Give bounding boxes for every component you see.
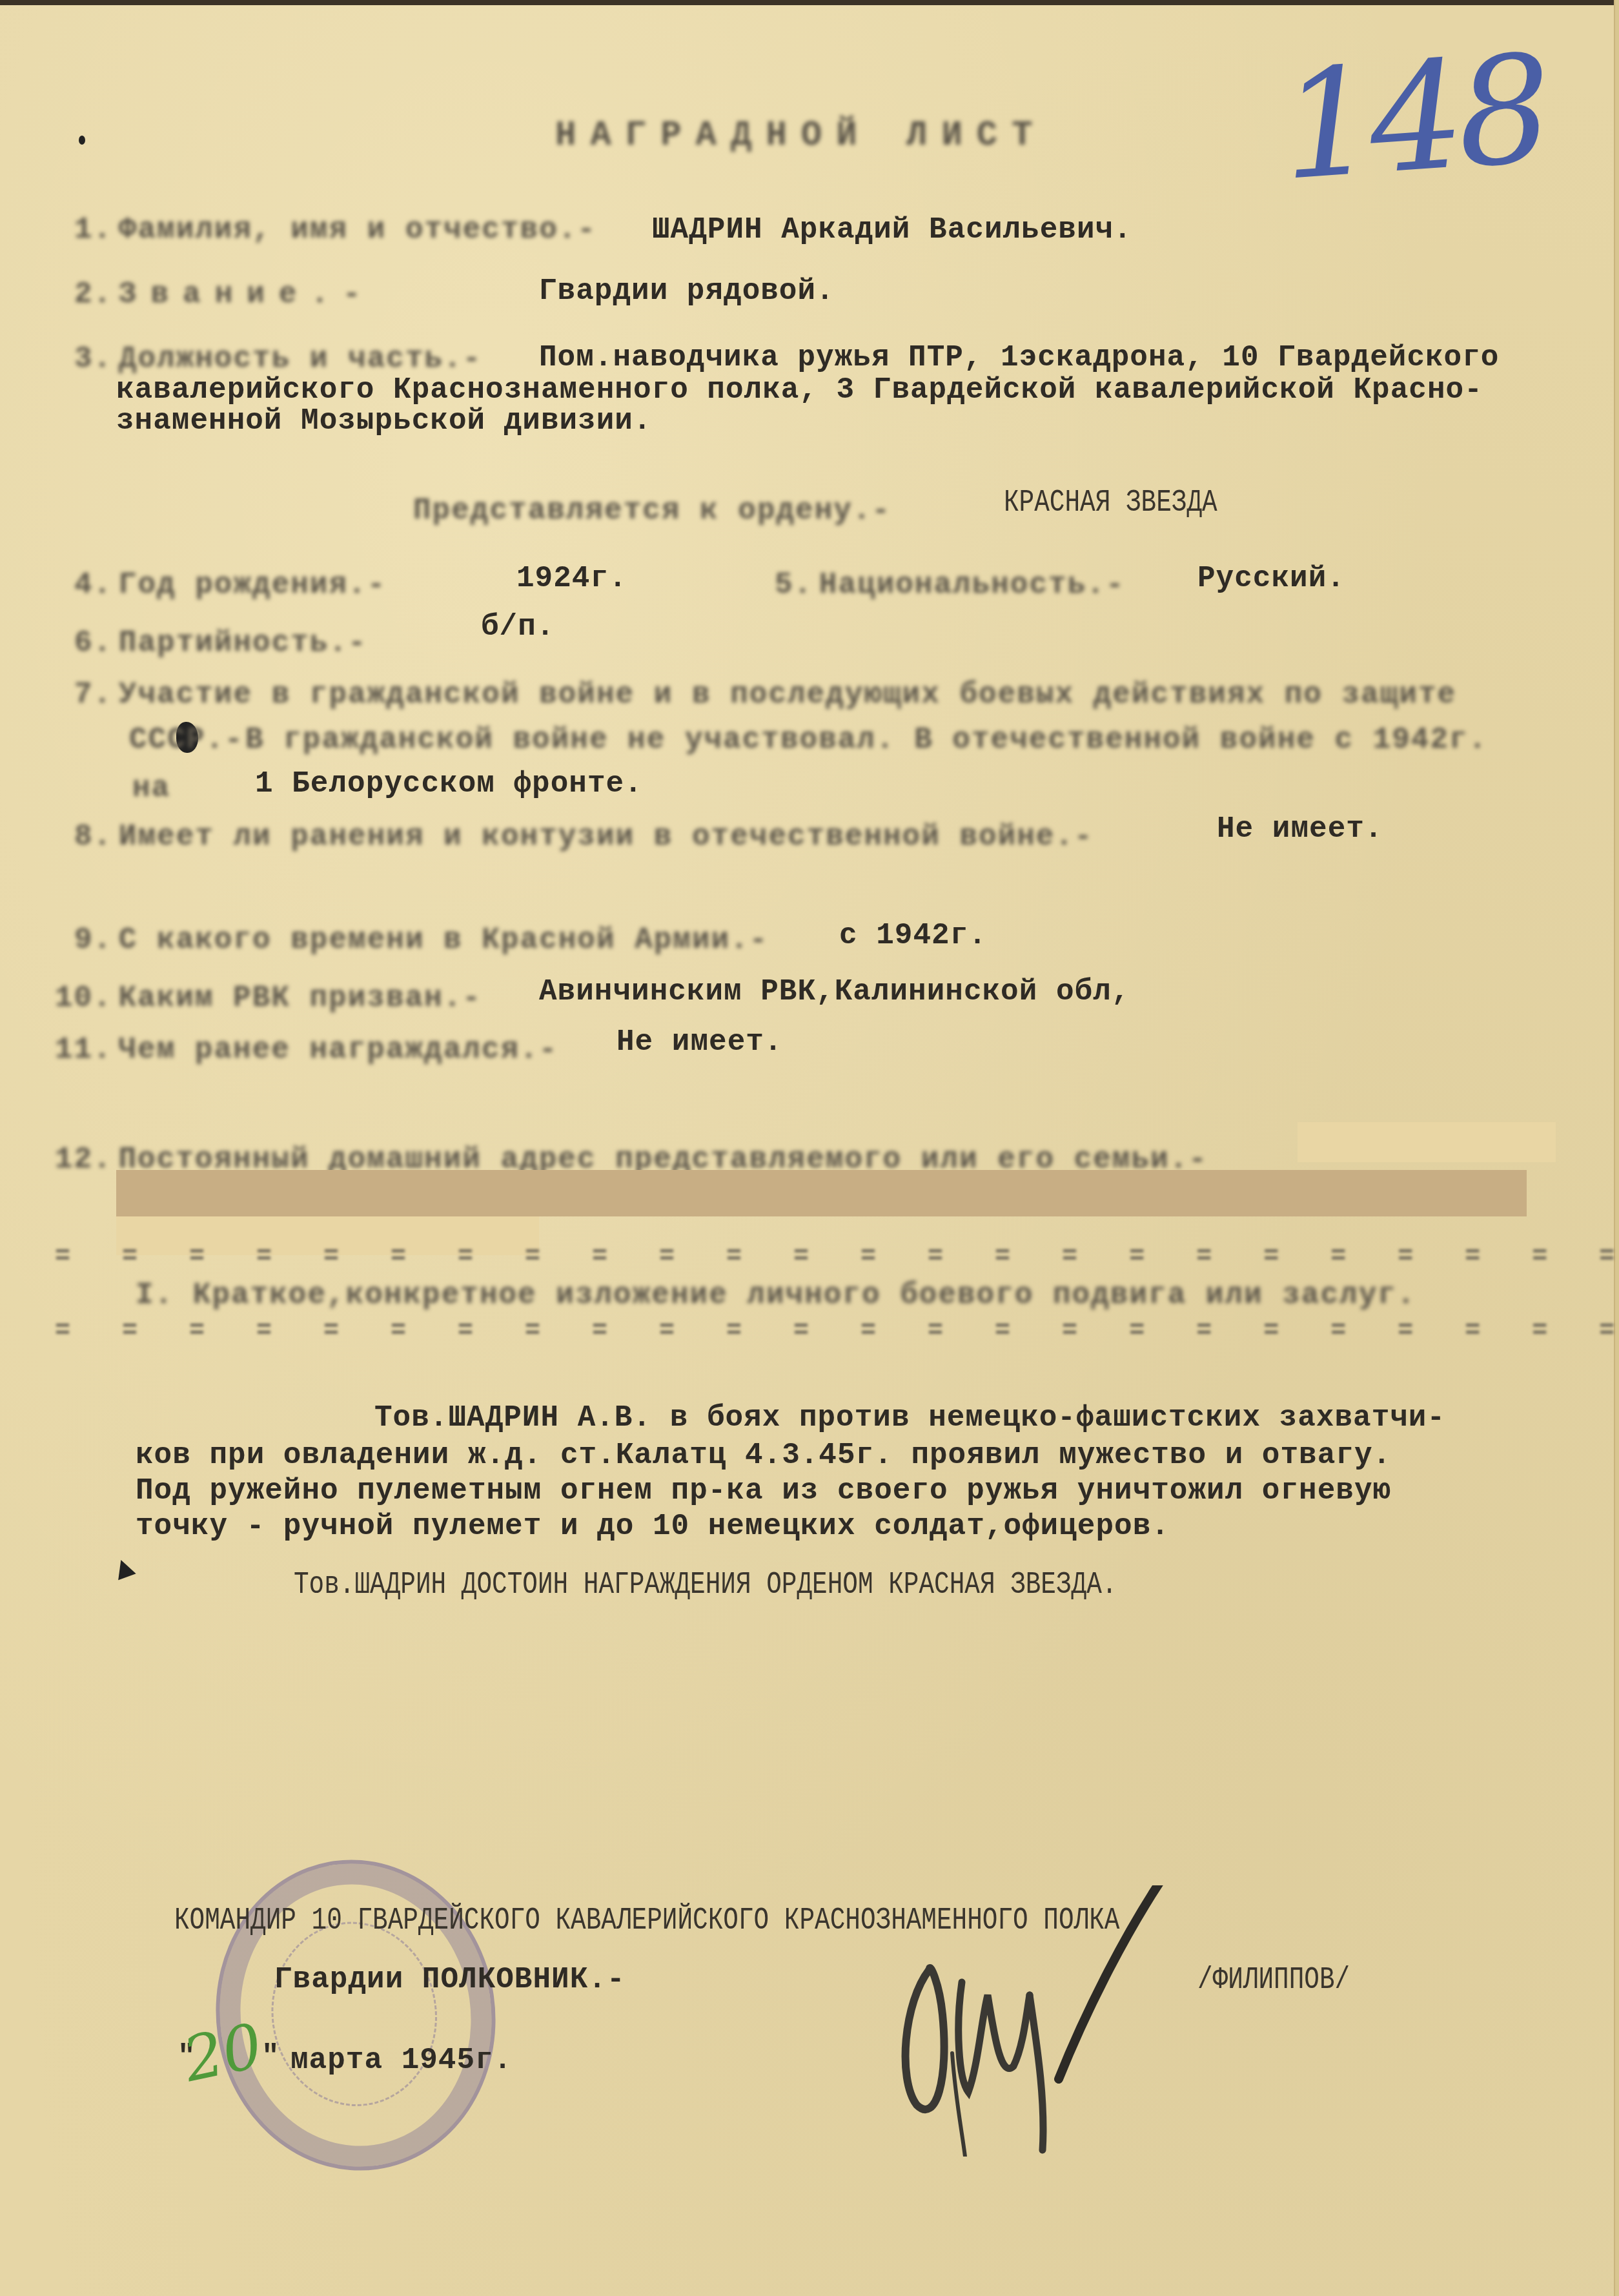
- field-value-nationality: Русский.: [1197, 562, 1345, 595]
- award-value: КРАСНАЯ ЗВЕЗДА: [1004, 486, 1217, 520]
- field-army-since: 9. С какого времени в Красной Армии.-: [74, 923, 768, 957]
- field-number: 3.: [74, 342, 112, 376]
- field-birth-year: 4. Год рождения.-: [74, 568, 386, 602]
- conclusion: Тов.ШАДРИН ДОСТОИН НАГРАЖДЕНИЯ ОРДЕНОМ К…: [294, 1568, 1117, 1603]
- field-label: Фамилия, имя и отчество.-: [119, 213, 596, 247]
- document-title: НАГРАДНОЙ ЛИСТ: [555, 116, 1047, 156]
- field-number: 12.: [55, 1143, 112, 1176]
- field-label-cont: СССР.-: [129, 723, 244, 757]
- field-number: 7.: [74, 678, 112, 712]
- narrative-line-3: Под ружейно пулеметным огнем пр-ка из св…: [136, 1474, 1391, 1508]
- field-name: 1. Фамилия, имя и отчество.-: [74, 213, 596, 247]
- redaction-bar: [116, 1170, 1527, 1216]
- field-number: 2.: [74, 278, 112, 311]
- field-war-participation: 7. Участие в гражданской войне и в после…: [74, 678, 1456, 712]
- field-number: 1.: [74, 213, 112, 247]
- field-label: Имеет ли ранения и контузии в отечествен…: [119, 820, 1094, 854]
- field-label: Каким РВК призван.-: [118, 981, 482, 1015]
- punch-dot: [79, 136, 85, 145]
- field-label: С какого времени в Красной Армии.-: [119, 923, 769, 957]
- field-value-front: 1 Белорусском фронте.: [255, 767, 643, 801]
- field-value-position-line-2: кавалерийского Краснознаменного полка, 3…: [116, 373, 1483, 407]
- field-value-conscripted-by: Авинчинским РВК,Калининской обл,: [539, 975, 1130, 1009]
- field-position: 3. Должность и часть.-: [74, 342, 482, 376]
- field-value-war-blurred: В гражданской войне не участвовал. В оте…: [245, 723, 1487, 757]
- field-value-name: ШАДРИН Аркадий Васильевич.: [652, 213, 1132, 247]
- field-label: Партийность.-: [119, 626, 367, 660]
- field-conscripted-by: 10. Каким РВК призван.-: [55, 981, 482, 1015]
- field-number: 5.: [775, 568, 813, 602]
- redaction-box: [1298, 1122, 1556, 1162]
- field-number: 8.: [74, 820, 112, 854]
- field-number: 11.: [55, 1033, 112, 1067]
- field-label: Национальность.-: [819, 568, 1125, 602]
- divider-bottom: = = = = = = = = = = = = = = = = = = = = …: [55, 1317, 1619, 1346]
- narrative-line-2: ков при овладении ж.д. ст.Калатц 4.3.45г…: [136, 1439, 1391, 1472]
- field-number: 4.: [74, 568, 112, 602]
- field-number: 9.: [74, 923, 112, 957]
- field-label: Чем ранее награждался.-: [118, 1033, 558, 1067]
- divider-top: = = = = = = = = = = = = = = = = = = = = …: [55, 1243, 1619, 1272]
- field-value-rank: Гвардии рядовой.: [539, 274, 835, 308]
- field-rank: 2. Звание.-: [74, 278, 375, 311]
- date-month-year: марта 1945г.: [290, 2044, 512, 2077]
- field-value-position-line-1: Пом.наводчика ружья ПТР, 1эскадрона, 10 …: [539, 341, 1499, 374]
- field-value-party: б/п.: [481, 610, 555, 644]
- field-number: 10.: [55, 981, 112, 1015]
- section-heading: I. Краткое,конкретное изложение личного …: [136, 1278, 1416, 1312]
- field-party: 6. Партийность.-: [74, 626, 367, 660]
- margin-mark: ▲: [109, 1550, 140, 1591]
- field-label: Должность и часть.-: [119, 342, 482, 376]
- field-value-army-since: с 1942г.: [839, 919, 987, 952]
- narrative-line-4: точку - ручной пулемет и до 10 немецких …: [136, 1510, 1170, 1543]
- signatory-rank: Гвардии ПОЛКОВНИК.-: [274, 1963, 626, 1996]
- field-value-position-line-3: знаменной Мозырьской дивизии.: [116, 404, 652, 438]
- field-label: Участие в гражданской войне и в последую…: [119, 678, 1456, 712]
- field-previous-awards: 11. Чем ранее награждался.-: [55, 1033, 558, 1067]
- field-value-birth-year: 1924г.: [516, 562, 627, 595]
- field-label: Год рождения.-: [119, 568, 386, 602]
- field-value-previous-awards: Не имеет.: [616, 1025, 782, 1059]
- award-label: Представляется к ордену.-: [413, 494, 891, 528]
- archive-number-handwritten: 148: [1276, 23, 1551, 214]
- field-nationality: 5. Национальность.-: [775, 568, 1125, 602]
- scan-top-edge: [0, 0, 1619, 5]
- commander-signature: [891, 1885, 1252, 2157]
- field-label: Звание.-: [119, 278, 375, 311]
- field-value-war-prefix: на: [132, 772, 170, 805]
- stamp-inner-ring: [260, 1911, 449, 2117]
- field-value-wounds: Не имеет.: [1217, 812, 1383, 846]
- narrative-line-1: Тов.ШАДРИН А.В. в боях против немецко-фа…: [374, 1401, 1445, 1435]
- field-number: 6.: [74, 626, 112, 660]
- scan-right-edge: [1614, 0, 1619, 2296]
- field-wounds: 8. Имеет ли ранения и контузии в отечест…: [74, 820, 1094, 854]
- award-sheet-page: 148 НАГРАДНОЙ ЛИСТ 1. Фамилия, имя и отч…: [0, 0, 1619, 2296]
- date-quote-close: ": [261, 2040, 280, 2074]
